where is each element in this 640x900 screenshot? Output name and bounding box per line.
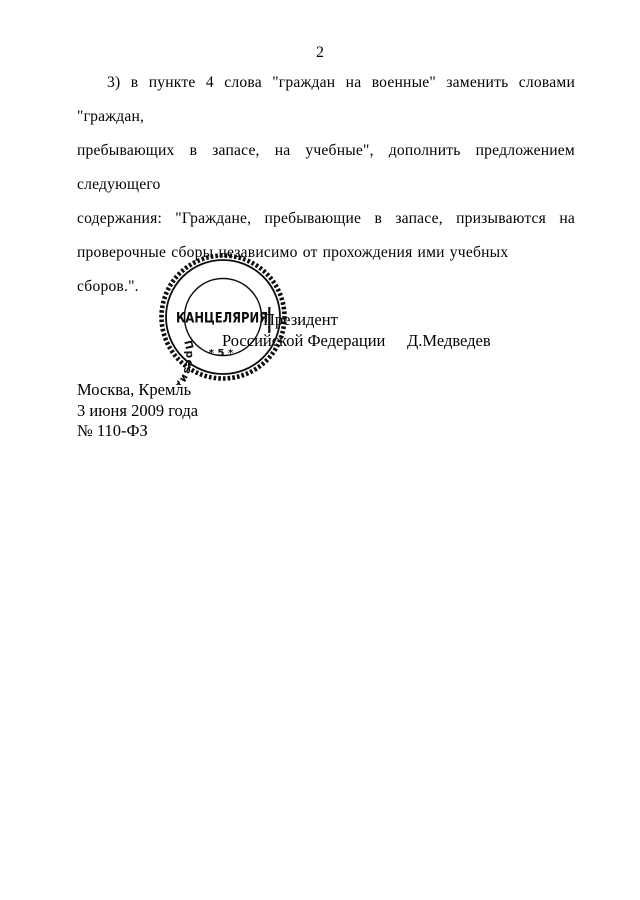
stamp-center-text: КАНЦЕЛЯРИЯ xyxy=(176,311,268,327)
stamp-vertical-bar-mark xyxy=(268,307,270,333)
signatory-name: Д.Медведев xyxy=(407,331,491,351)
chancellery-stamp-seal: Президент Российской Федерации * 5 * КАН… xyxy=(155,249,291,385)
stamp-bottom-number: * 5 * xyxy=(209,348,234,359)
document-number: № 110-ФЗ xyxy=(77,421,198,442)
issuance-date: 3 июня 2009 года xyxy=(77,401,198,422)
issuance-block: Москва, Кремль 3 июня 2009 года № 110-ФЗ xyxy=(77,380,198,442)
document-page: 2 3) в пункте 4 слова "граждан на военны… xyxy=(0,0,640,900)
paragraph-line: пребывающих в запасе, на учебные", допол… xyxy=(77,134,575,202)
issuance-place: Москва, Кремль xyxy=(77,380,198,401)
amendment-paragraph: 3) в пункте 4 слова "граждан на военные"… xyxy=(77,66,575,304)
paragraph-line: проверочные сборы независимо от прохожде… xyxy=(77,236,575,304)
paragraph-line: 3) в пункте 4 слова "граждан на военные"… xyxy=(77,66,575,134)
page-number: 2 xyxy=(0,44,640,62)
paragraph-line: содержания: "Граждане, пребывающие в зап… xyxy=(77,202,575,236)
